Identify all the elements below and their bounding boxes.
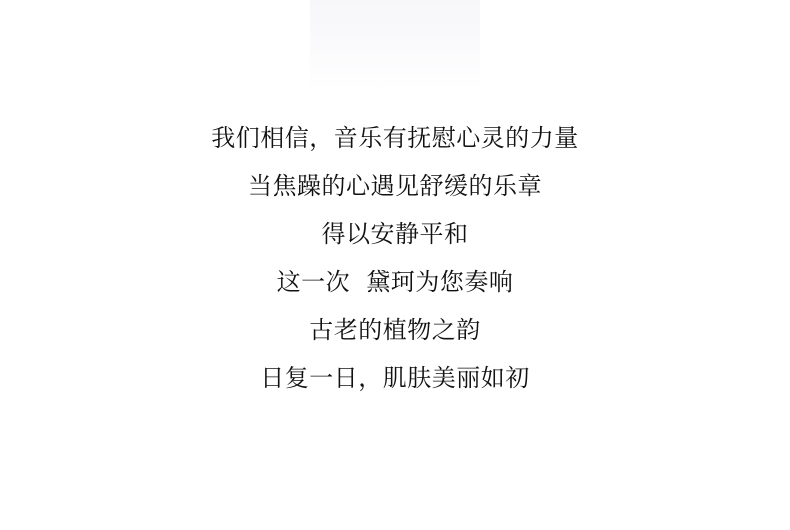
poem-line-1: 我们相信，音乐有抚慰心灵的力量 (0, 114, 790, 162)
poem-text-block: 我们相信，音乐有抚慰心灵的力量 当焦躁的心遇见舒缓的乐章 得以安静平和 这一次 … (0, 114, 790, 402)
poem-line-5: 古老的植物之韵 (0, 306, 790, 354)
poem-line-2: 当焦躁的心遇见舒缓的乐章 (0, 162, 790, 210)
faint-background-image (310, 0, 480, 90)
poem-line-3: 得以安静平和 (0, 210, 790, 258)
poem-line-4: 这一次 黛珂为您奏响 (0, 258, 790, 306)
poem-line-6: 日复一日，肌肤美丽如初 (0, 354, 790, 402)
